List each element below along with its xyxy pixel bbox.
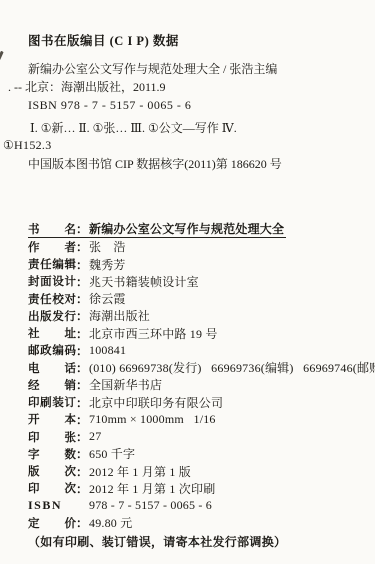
table-row-isbn: ISBN978 - 7 - 5157 - 0065 - 6 (28, 497, 375, 514)
field-value: 新编办公室公文写作与规范处理大全 (89, 220, 284, 237)
table-row-edition: 版次：2012 年 1 月第 1 版 (28, 463, 375, 480)
field-value: 北京中印联印务有限公司 (89, 394, 223, 411)
field-label: 邮政编码 (28, 342, 76, 358)
table-row-word-count: 字数：650 千字 (28, 445, 375, 462)
table-row-distribution: 经销：全国新华书店 (28, 376, 375, 393)
table-row-phone: 电话：(010) 66969738(发行) 66969736(编辑) 66969… (28, 359, 375, 376)
cip-record-number: 中国版本图书馆 CIP 数据核字(2011)第 186620 号 (28, 157, 282, 171)
field-value: 49.80 元 (89, 514, 132, 531)
field-label: 责任校对 (28, 291, 76, 307)
label-colon: ： (76, 342, 89, 359)
field-label: 印张 (28, 429, 76, 445)
field-label: 书名 (28, 221, 76, 237)
field-value: 北京市西三环中路 19 号 (89, 325, 218, 342)
label-colon: ： (76, 514, 89, 531)
label-colon: ： (76, 428, 89, 445)
table-row-book-title: 书名：新编办公室公文写作与规范处理大全 (28, 220, 286, 238)
field-value: (010) 66969738(发行) 66969736(编辑) 66969746… (89, 359, 375, 376)
field-label: 责任编辑 (28, 256, 76, 272)
field-label: 出版发行 (28, 308, 76, 324)
field-label: 字数 (28, 446, 76, 462)
scan-noise-mark (0, 51, 4, 60)
field-value: 2012 年 1 月第 1 版 (89, 463, 191, 480)
field-value: 650 千字 (89, 445, 135, 462)
label-colon: ： (76, 220, 89, 237)
publication-info-table: 书名：新编办公室公文写作与规范处理大全 作者：张 浩 责任编辑：魏秀芳 封面设计… (28, 220, 375, 550)
cip-heading: 图书在版编目 (C I P) 数据 (28, 34, 179, 48)
table-row-sheets: 印张：27 (28, 428, 375, 445)
field-label: 印刷装订 (28, 394, 76, 410)
field-value: 徐云霞 (89, 290, 126, 307)
field-value: 978 - 7 - 5157 - 0065 - 6 (89, 498, 212, 513)
field-value: 全国新华书店 (89, 376, 162, 393)
label-colon: ： (76, 376, 89, 393)
cip-class-line: Ⅰ. ①新… Ⅱ. ①张… Ⅲ. ①公文—写作 Ⅳ. (30, 121, 237, 135)
label-colon: ： (76, 359, 89, 376)
field-value: 魏秀芳 (89, 256, 126, 273)
table-row-impression: 印次：2012 年 1 月第 1 次印刷 (28, 480, 375, 497)
label-colon: ： (76, 256, 89, 273)
table-row-author: 作者：张 浩 (28, 238, 375, 255)
label-colon: ： (76, 238, 89, 255)
field-label: 印次 (28, 480, 76, 496)
table-row-price: 定价：49.80 元 (28, 514, 375, 531)
label-colon: ： (76, 463, 89, 480)
table-row-postcode: 邮政编码：100841 (28, 342, 375, 359)
cip-publisher-line: . -- 北京：海潮出版社，2011.9 (8, 80, 166, 94)
table-row-address: 社址：北京市西三环中路 19 号 (28, 325, 375, 342)
label-colon: ： (76, 325, 89, 342)
field-value: 27 (89, 429, 101, 444)
field-value: 100841 (89, 343, 126, 358)
field-label: 封面设计 (28, 273, 76, 289)
table-row-publisher: 出版发行：海潮出版社 (28, 307, 375, 324)
label-colon: ： (76, 411, 89, 428)
table-row-format: 开本：710mm × 1000mm 1/16 (28, 411, 375, 428)
field-label: 定价 (28, 515, 76, 531)
cip-isbn-line: ISBN 978 - 7 - 5157 - 0065 - 6 (28, 98, 191, 112)
label-colon: ： (76, 290, 89, 307)
field-value: 张 浩 (89, 238, 126, 255)
label-colon: ： (76, 273, 89, 290)
field-label: 电话 (28, 360, 76, 376)
field-value: 兆天书籍装帧设计室 (89, 273, 199, 290)
field-label: ISBN (28, 498, 76, 513)
field-label: 社址 (28, 325, 76, 341)
field-label: 作者 (28, 239, 76, 255)
label-colon: ： (76, 445, 89, 462)
table-row-proofreader: 责任校对：徐云霞 (28, 290, 375, 307)
field-label: 经销 (28, 377, 76, 393)
footer-note: （如有印刷、装订错误，请寄本社发行部调换） (28, 533, 375, 550)
label-colon: ： (76, 480, 89, 497)
label-colon: ： (76, 394, 89, 411)
cip-class-code: ①H152.3 (3, 138, 52, 152)
table-row-editor: 责任编辑：魏秀芳 (28, 256, 375, 273)
field-value: 710mm × 1000mm 1/16 (89, 412, 216, 427)
table-row-cover-design: 封面设计：兆天书籍装帧设计室 (28, 273, 375, 290)
field-value: 海潮出版社 (89, 307, 150, 324)
label-colon: ： (76, 307, 89, 324)
field-label: 版次 (28, 463, 76, 479)
field-label: 开本 (28, 411, 76, 427)
table-row-printing-binding: 印刷装订：北京中印联印务有限公司 (28, 394, 375, 411)
copyright-page: 图书在版编目 (C I P) 数据 新编办公室公文写作与规范处理大全 / 张浩主… (0, 0, 375, 564)
cip-title-line: 新编办公室公文写作与规范处理大全 / 张浩主编 (28, 62, 277, 76)
field-value: 2012 年 1 月第 1 次印刷 (89, 480, 215, 497)
